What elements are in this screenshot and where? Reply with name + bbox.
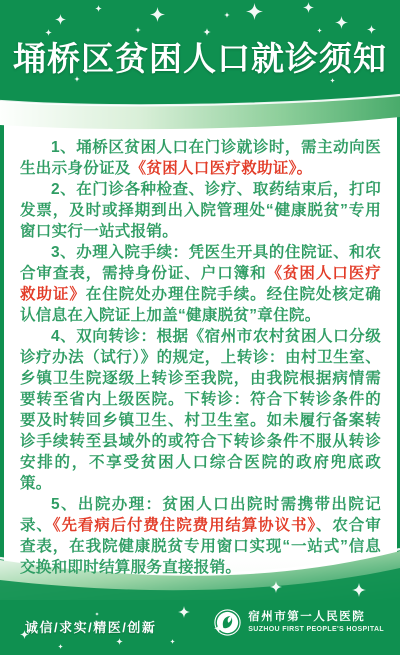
sparkle-icon: [224, 12, 230, 18]
hospital-name-en: SUZHOU FIRST PEOPLE'S HOSPITAL: [248, 626, 384, 634]
top-swoosh-divider: [0, 86, 400, 140]
notice-paragraph-3: 3、办理入院手续：凭医生开具的住院证、和农合审查表，需持身份证、户口簿和《贫困人…: [20, 242, 381, 326]
sparkle-icon: [303, 2, 314, 13]
notice-paragraph-2: 2、在门诊各种检查、诊疗、取药结束后，打印发票，及时或择期到出入院管理处“健康脱…: [20, 179, 381, 242]
hospital-logo-icon: [214, 609, 241, 636]
sparkle-icon: [335, 16, 348, 29]
sparkle-icon: [246, 3, 263, 20]
poster-footer: 诚信/求实/精医/创新 宿州市第一人民医院 SUZHOU FIRST PEOPL…: [0, 600, 400, 655]
notice-body: 1、埇桥区贫困人口在门诊就诊时，需主动向医生出示身份证及《贫困人口医疗救助证》。…: [20, 137, 381, 578]
sparkle-icon: [95, 5, 102, 12]
hospital-motto: 诚信/求实/精医/创新: [25, 617, 156, 636]
sparkle-icon: [55, 14, 66, 25]
notice-text: 2、在门诊各种检查、诊疗、取药结束后，打印发票，及时或择期到出入院管理处“健康脱…: [20, 181, 381, 240]
highlighted-document-title: 《贫困人口医疗救助证》。: [131, 160, 313, 177]
notice-poster: 埇桥区贫困人口就诊须知 1、埇桥区贫困人口在门诊就诊时，需主动向医生出示身份证及…: [0, 0, 400, 655]
highlighted-document-title: 《先看病后付费住院费用结算协议书》: [53, 517, 316, 534]
poster-title: 埇桥区贫困人口就诊须知: [0, 33, 400, 80]
hospital-name-cn: 宿州市第一人民医院: [248, 611, 384, 624]
notice-text: 4、双向转诊：根据《宿州市农村贫困人口分级诊疗办法（试行）》的规定，上转诊：由村…: [20, 328, 381, 492]
hospital-names: 宿州市第一人民医院 SUZHOU FIRST PEOPLE'S HOSPITAL: [248, 611, 384, 634]
notice-paragraph-1: 1、埇桥区贫困人口在门诊就诊时，需主动向医生出示身份证及《贫困人口医疗救助证》。: [20, 137, 381, 179]
notice-paragraph-4: 4、双向转诊：根据《宿州市农村贫困人口分级诊疗办法（试行）》的规定，上转诊：由村…: [20, 326, 381, 494]
notice-paragraph-5: 5、出院办理：贫困人口出院时需携带出院记录、《先看病后付费住院费用结算协议书》、…: [20, 494, 381, 578]
hospital-identity: 宿州市第一人民医院 SUZHOU FIRST PEOPLE'S HOSPITAL: [214, 609, 384, 636]
sparkle-icon: [150, 7, 165, 22]
